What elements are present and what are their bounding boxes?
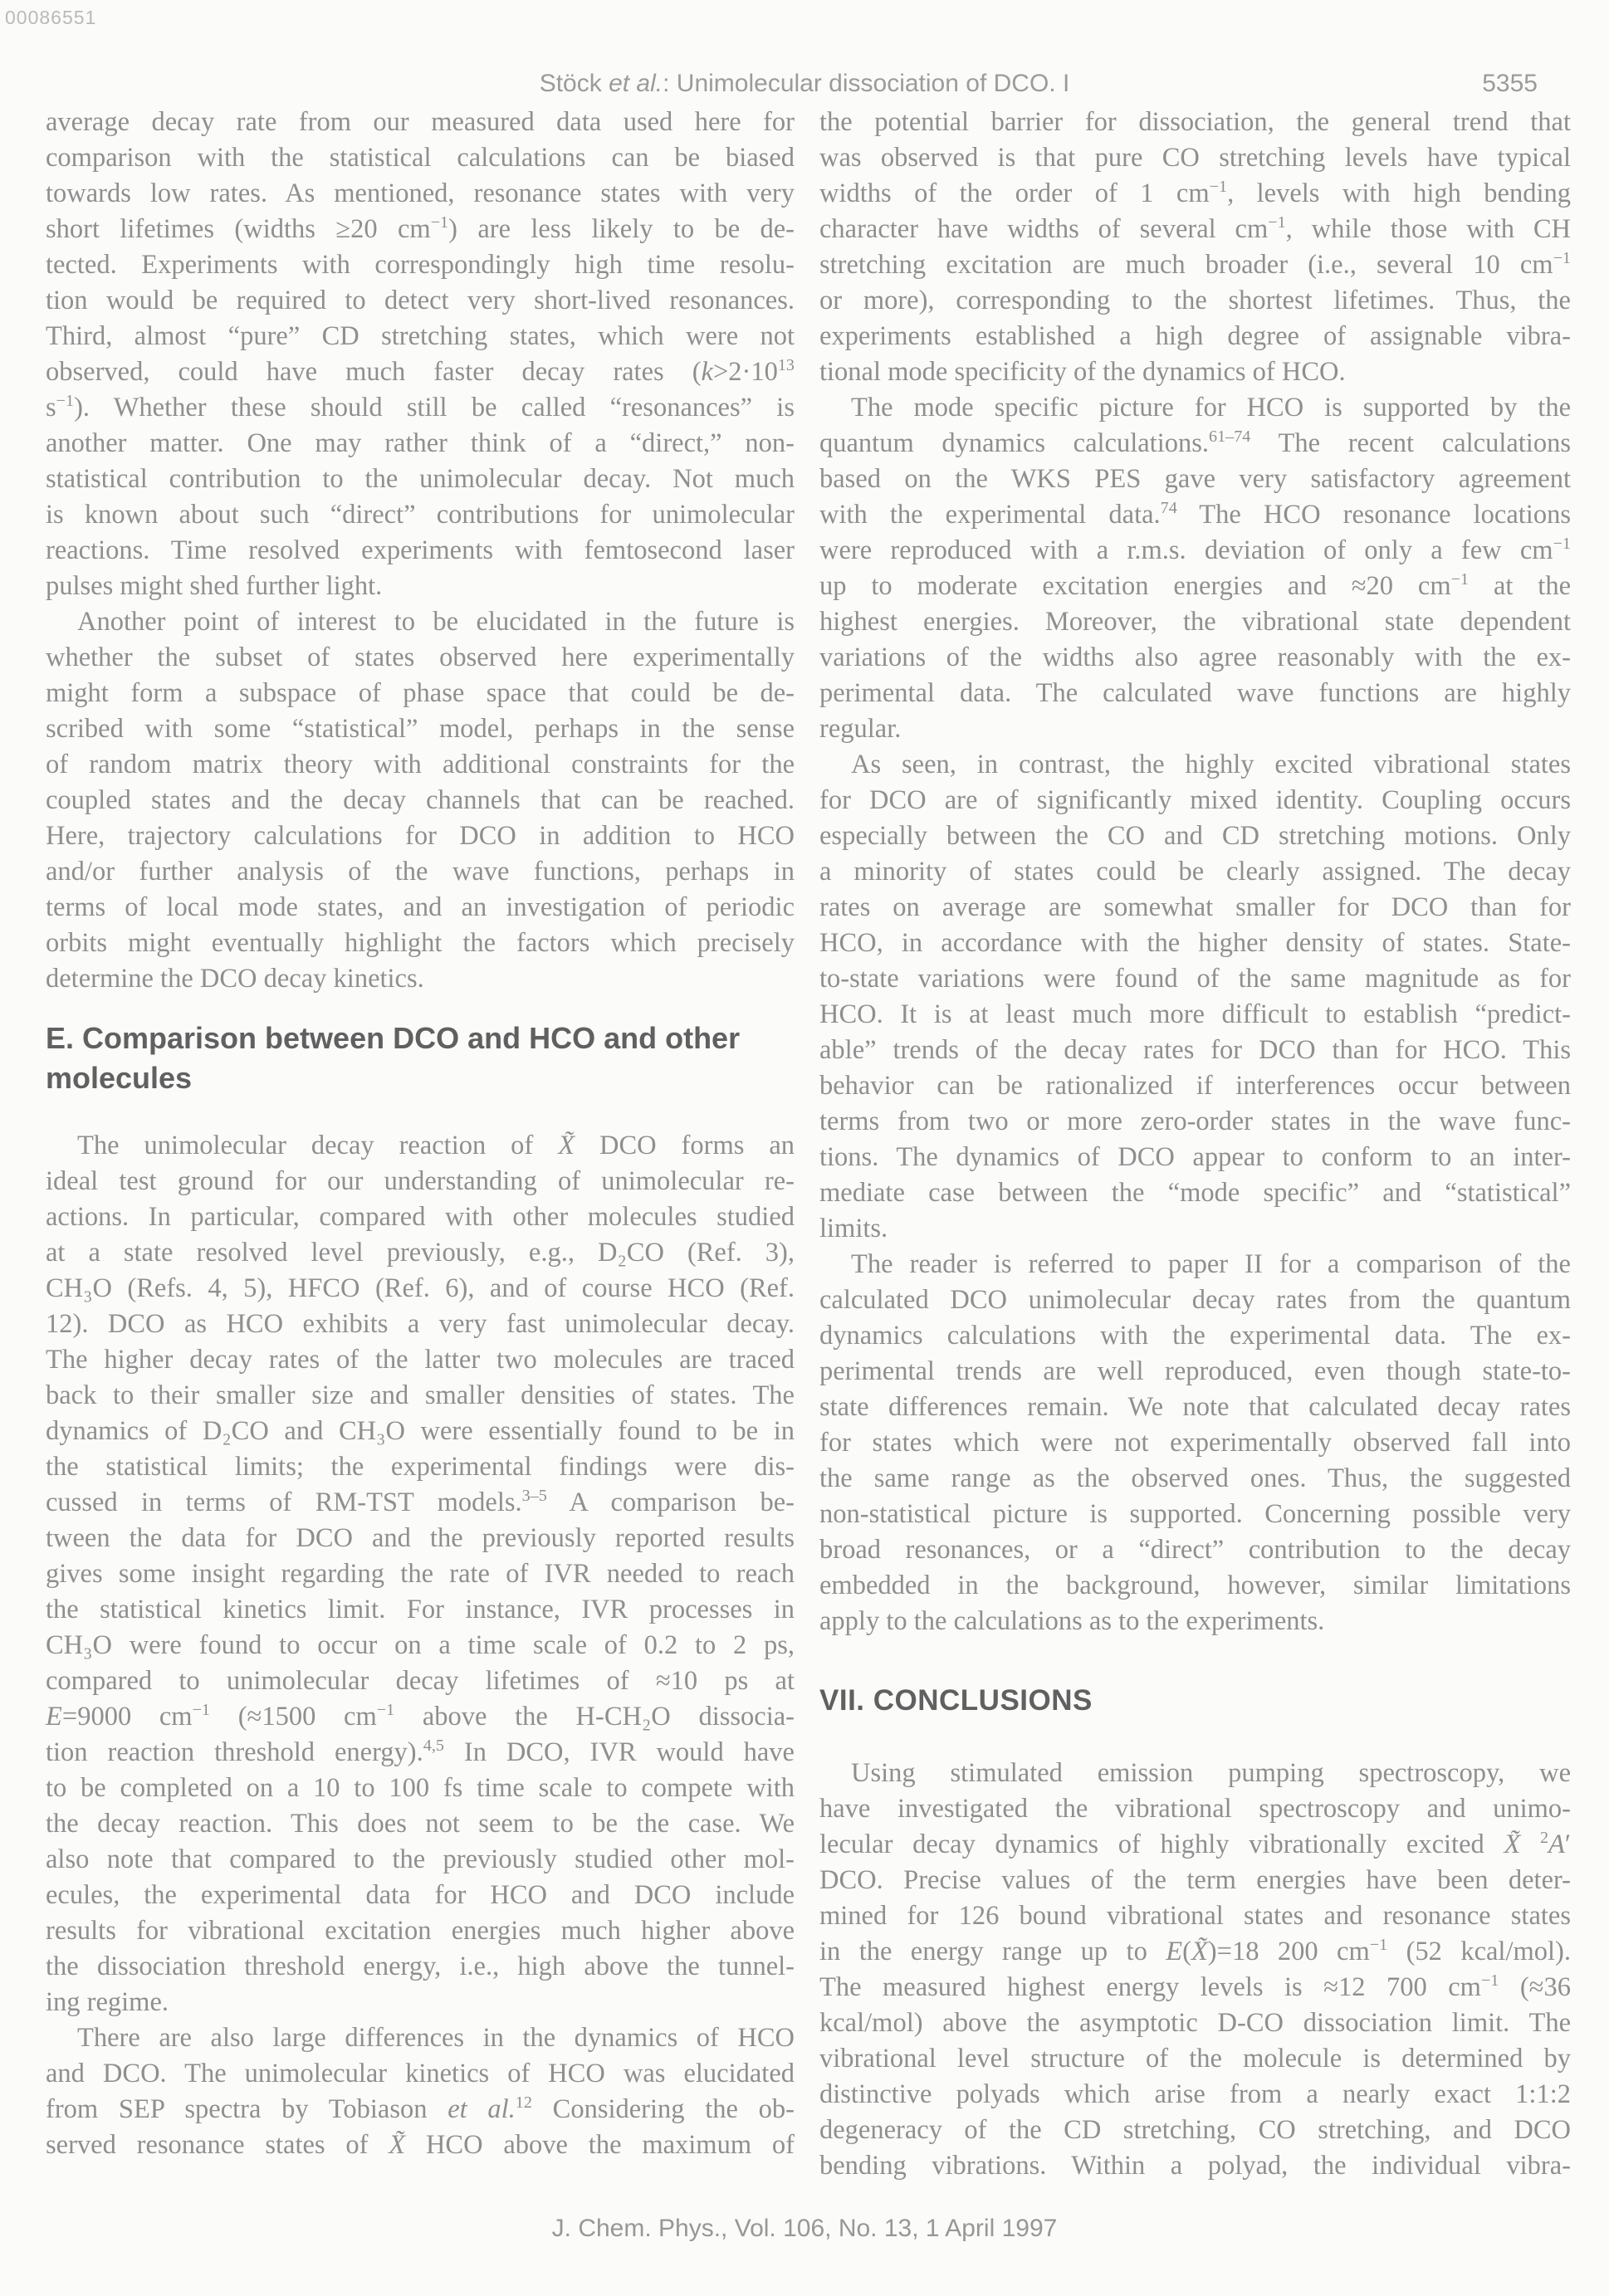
text-line: also note that compared to the previousl…: [46, 1842, 795, 1878]
italic-text: X̃: [558, 1131, 575, 1160]
text-line: based on the WKS PES gave very satisfact…: [819, 462, 1571, 497]
text-line: compared to unimolecular decay lifetimes…: [46, 1663, 795, 1699]
paragraph: The unimolecular decay reaction of X̃ DC…: [46, 1128, 795, 2020]
text-line: the statistical limits; the experimental…: [46, 1449, 795, 1485]
text-line: The mode specific picture for HCO is sup…: [819, 390, 1571, 426]
running-head: Stöck et al.: Unimolecular dissociation …: [0, 70, 1609, 98]
text-line: at a state resolved level previously, e.…: [46, 1235, 795, 1271]
text-line: from SEP spectra by Tobiason et al.12 Co…: [46, 2092, 795, 2127]
italic-text: E: [1166, 1937, 1182, 1966]
text-line: ideal test ground for our understanding …: [46, 1164, 795, 1199]
text-line: As seen, in contrast, the highly excited…: [819, 747, 1571, 783]
text-line: behavior can be rationalized if interfer…: [819, 1068, 1571, 1104]
text-line: were reproduced with a r.m.s. deviation …: [819, 533, 1571, 569]
text-line: Using stimulated emission pumping spectr…: [819, 1756, 1571, 1791]
text-line: able” trends of the decay rates for DCO …: [819, 1033, 1571, 1068]
paragraph: The reader is referred to paper II for a…: [819, 1247, 1571, 1639]
text-line: HCO. It is at least much more difficult …: [819, 997, 1571, 1033]
superscript: 13: [778, 356, 795, 374]
text-line: E=9000 cm−1 (≈1500 cm−1 above the H-CH₂O…: [46, 1699, 795, 1735]
text-line: There are also large differences in the …: [46, 2020, 795, 2056]
superscript: −1: [56, 392, 74, 410]
text-line: terms of local mode states, and an inves…: [46, 890, 795, 926]
text-line: the statistical kinetics limit. For inst…: [46, 1592, 795, 1628]
text-line: for DCO are of significantly mixed ident…: [819, 783, 1571, 818]
text-line: dynamics calculations with the experimen…: [819, 1318, 1571, 1354]
text-line: regular.: [819, 711, 1571, 747]
text-line: HCO, in accordance with the higher densi…: [819, 926, 1571, 961]
text-line: back to their smaller size and smaller d…: [46, 1378, 795, 1414]
text-line: non-statistical picture is supported. Co…: [819, 1497, 1571, 1532]
text-line: perimental data. The calculated wave fun…: [819, 676, 1571, 711]
text-line: embedded in the background, however, sim…: [819, 1568, 1571, 1604]
text-line: stretching excitation are much broader (…: [819, 247, 1571, 283]
journal-footer: J. Chem. Phys., Vol. 106, No. 13, 1 Apri…: [0, 2215, 1609, 2243]
heading-line: VII. CONCLUSIONS: [819, 1681, 1571, 1721]
text-line: tected. Experiments with correspondingly…: [46, 247, 795, 283]
text-line: especially between the CO and CD stretch…: [819, 818, 1571, 854]
text-line: scribed with some “statistical” model, p…: [46, 711, 795, 747]
text-line: have investigated the vibrational spectr…: [819, 1791, 1571, 1827]
paragraph: the potential barrier for dissociation, …: [819, 105, 1571, 390]
text-line: CH₃O (Refs. 4, 5), HFCO (Ref. 6), and of…: [46, 1271, 795, 1307]
text-line: of random matrix theory with additional …: [46, 747, 795, 783]
text-line: with the experimental data.74 The HCO re…: [819, 497, 1571, 533]
superscript: 4,5: [423, 1737, 444, 1755]
text-line: gives some insight regarding the rate of…: [46, 1556, 795, 1592]
text-line: tions. The dynamics of DCO appear to con…: [819, 1140, 1571, 1175]
superscript: −1: [1370, 1936, 1387, 1954]
text-line: distinctive polyads which arise from a n…: [819, 2077, 1571, 2113]
text-line: terms from two or more zero-order states…: [819, 1104, 1571, 1140]
text-line: or more), corresponding to the shortest …: [819, 283, 1571, 319]
text-line: experiments established a high degree of…: [819, 319, 1571, 354]
text-line: widths of the order of 1 cm−1, levels wi…: [819, 176, 1571, 212]
text-line: degeneracy of the CD stretching, CO stre…: [819, 2113, 1571, 2148]
text-line: vibrational level structure of the molec…: [819, 2041, 1571, 2077]
text-line: in the energy range up to E(X̃)=18 200 c…: [819, 1934, 1571, 1970]
italic-text: E: [46, 1702, 62, 1732]
superscript: −1: [1210, 178, 1227, 196]
text-line: coupled states and the decay channels th…: [46, 783, 795, 818]
text-line: Here, trajectory calculations for DCO in…: [46, 818, 795, 854]
text-line: actions. In particular, compared with ot…: [46, 1199, 795, 1235]
text-line: tween the data for DCO and the previousl…: [46, 1521, 795, 1556]
text-line: towards low rates. As mentioned, resonan…: [46, 176, 795, 212]
superscript: −1: [1268, 213, 1285, 232]
text-line: ing regime.: [46, 1985, 795, 2020]
superscript: −1: [377, 1701, 394, 1719]
text-line: whether the subset of states observed he…: [46, 640, 795, 676]
text-line: kcal/mol) above the asymptotic D-CO diss…: [819, 2005, 1571, 2041]
scan-number: 00086551: [5, 7, 96, 29]
text-line: cussed in terms of RM-TST models.3–5 A c…: [46, 1485, 795, 1521]
text-line: 12). DCO as HCO exhibits a very fast uni…: [46, 1307, 795, 1342]
text-line: dynamics of D₂CO and CH₃O were essential…: [46, 1414, 795, 1449]
paragraph: Another point of interest to be elucidat…: [46, 604, 795, 997]
text-line: highest energies. Moreover, the vibratio…: [819, 604, 1571, 640]
superscript: −1: [1553, 249, 1571, 267]
superscript: −1: [1481, 1971, 1499, 1990]
text-line: determine the DCO decay kinetics.: [46, 961, 795, 997]
text-line: s−1). Whether these should still be call…: [46, 390, 795, 426]
text-line: DCO. Precise values of the term energies…: [819, 1863, 1571, 1898]
superscript: 3–5: [522, 1487, 547, 1505]
text-line: up to moderate excitation energies and ≈…: [819, 569, 1571, 604]
text-line: variations of the widths also agree reas…: [819, 640, 1571, 676]
superscript: 2: [1540, 1829, 1548, 1847]
text-line: limits.: [819, 1211, 1571, 1247]
text-line: quantum dynamics calculations.61–74 The …: [819, 426, 1571, 462]
journal-page: { "page": { "scan_number": "00086551", "…: [0, 0, 1609, 2296]
text-line: mined for 126 bound vibrational states a…: [819, 1898, 1571, 1934]
text-line: apply to the calculations as to the expe…: [819, 1604, 1571, 1639]
left-column: average decay rate from our measured dat…: [46, 105, 795, 2163]
text-line: tion reaction threshold energy).4,5 In D…: [46, 1735, 795, 1771]
text-line: bending vibrations. Within a polyad, the…: [819, 2148, 1571, 2184]
superscript: 74: [1161, 499, 1177, 517]
paragraph: average decay rate from our measured dat…: [46, 105, 795, 604]
text-line: mediate case between the “mode specific”…: [819, 1175, 1571, 1211]
text-line: observed, could have much faster decay r…: [46, 354, 795, 390]
text-line: Another point of interest to be elucidat…: [46, 604, 795, 640]
text-line: The reader is referred to paper II for a…: [819, 1247, 1571, 1282]
text-line: tion would be required to detect very sh…: [46, 283, 795, 319]
text-line: character have widths of several cm−1, w…: [819, 212, 1571, 247]
italic-text: et al.: [609, 70, 663, 97]
italic-text: k: [702, 357, 713, 387]
text-line: Third, almost “pure” CD stretching state…: [46, 319, 795, 354]
text-line: is known about such “direct” contributio…: [46, 497, 795, 533]
text-line: reactions. Time resolved experiments wit…: [46, 533, 795, 569]
text-line: the decay reaction. This does not seem t…: [46, 1806, 795, 1842]
text-line: served resonance states of X̃ HCO above …: [46, 2127, 795, 2163]
italic-text: X̃: [389, 2130, 405, 2160]
italic-text: X̃: [1191, 1937, 1208, 1966]
text-line: The unimolecular decay reaction of X̃ DC…: [46, 1128, 795, 1164]
text-line: the dissociation threshold energy, i.e.,…: [46, 1949, 795, 1985]
text-line: broad resonances, or a “direct” contribu…: [819, 1532, 1571, 1568]
text-line: a minority of states could be clearly as…: [819, 854, 1571, 890]
paragraph: Using stimulated emission pumping spectr…: [819, 1756, 1571, 2184]
text-line: lecular decay dynamics of highly vibrati…: [819, 1827, 1571, 1863]
text-line: pulses might shed further light.: [46, 569, 795, 604]
text-line: statistical contribution to the unimolec…: [46, 462, 795, 497]
text-line: the same range as the observed ones. Thu…: [819, 1461, 1571, 1497]
text-line: CH₃O were found to occur on a time scale…: [46, 1628, 795, 1663]
text-line: The measured highest energy levels is ≈1…: [819, 1970, 1571, 2005]
text-line: short lifetimes (widths ≥20 cm−1) are le…: [46, 212, 795, 247]
section-heading: VII. CONCLUSIONS: [819, 1681, 1571, 1721]
right-column: the potential barrier for dissociation, …: [819, 105, 1571, 2184]
text-line: results for vibrational excitation energ…: [46, 1913, 795, 1949]
text-line: and DCO. The unimolecular kinetics of HC…: [46, 2056, 795, 2092]
text-line: The higher decay rates of the latter two…: [46, 1342, 795, 1378]
section-heading: E. Comparison between DCO and HCO and ot…: [46, 1019, 795, 1098]
text-line: tional mode specificity of the dynamics …: [819, 354, 1571, 390]
text-line: comparison with the statistical calculat…: [46, 140, 795, 176]
superscript: 12: [516, 2093, 532, 2112]
paragraph: There are also large differences in the …: [46, 2020, 795, 2163]
text-line: calculated DCO unimolecular decay rates …: [819, 1282, 1571, 1318]
superscript: −1: [431, 213, 448, 232]
superscript: −1: [1451, 570, 1469, 589]
heading-line: molecules: [46, 1058, 795, 1098]
paragraph: As seen, in contrast, the highly excited…: [819, 747, 1571, 1247]
italic-text: et al.: [447, 2094, 516, 2124]
text-line: orbits might eventually highlight the fa…: [46, 926, 795, 961]
superscript: 61–74: [1209, 427, 1250, 446]
heading-line: E. Comparison between DCO and HCO and ot…: [46, 1019, 795, 1058]
text-line: the potential barrier for dissociation, …: [819, 105, 1571, 140]
superscript: −1: [193, 1701, 210, 1719]
text-line: average decay rate from our measured dat…: [46, 105, 795, 140]
text-line: to be completed on a 10 to 100 fs time s…: [46, 1771, 795, 1806]
text-line: was observed is that pure CO stretching …: [819, 140, 1571, 176]
superscript: −1: [1553, 535, 1571, 553]
text-line: rates on average are somewhat smaller fo…: [819, 890, 1571, 926]
text-line: ecules, the experimental data for HCO an…: [46, 1878, 795, 1913]
text-line: to-state variations were found of the sa…: [819, 961, 1571, 997]
text-line: perimental trends are well reproduced, e…: [819, 1354, 1571, 1390]
italic-text: X̃: [1504, 1829, 1520, 1859]
text-line: another matter. One may rather think of …: [46, 426, 795, 462]
paragraph: The mode specific picture for HCO is sup…: [819, 390, 1571, 747]
text-line: might form a subspace of phase space tha…: [46, 676, 795, 711]
text-line: and/or further analysis of the wave func…: [46, 854, 795, 890]
text-line: for states which were not experimentally…: [819, 1425, 1571, 1461]
page-number: 5355: [1482, 70, 1538, 98]
text-line: state differences remain. We note that c…: [819, 1390, 1571, 1425]
italic-text: A: [1548, 1829, 1565, 1859]
